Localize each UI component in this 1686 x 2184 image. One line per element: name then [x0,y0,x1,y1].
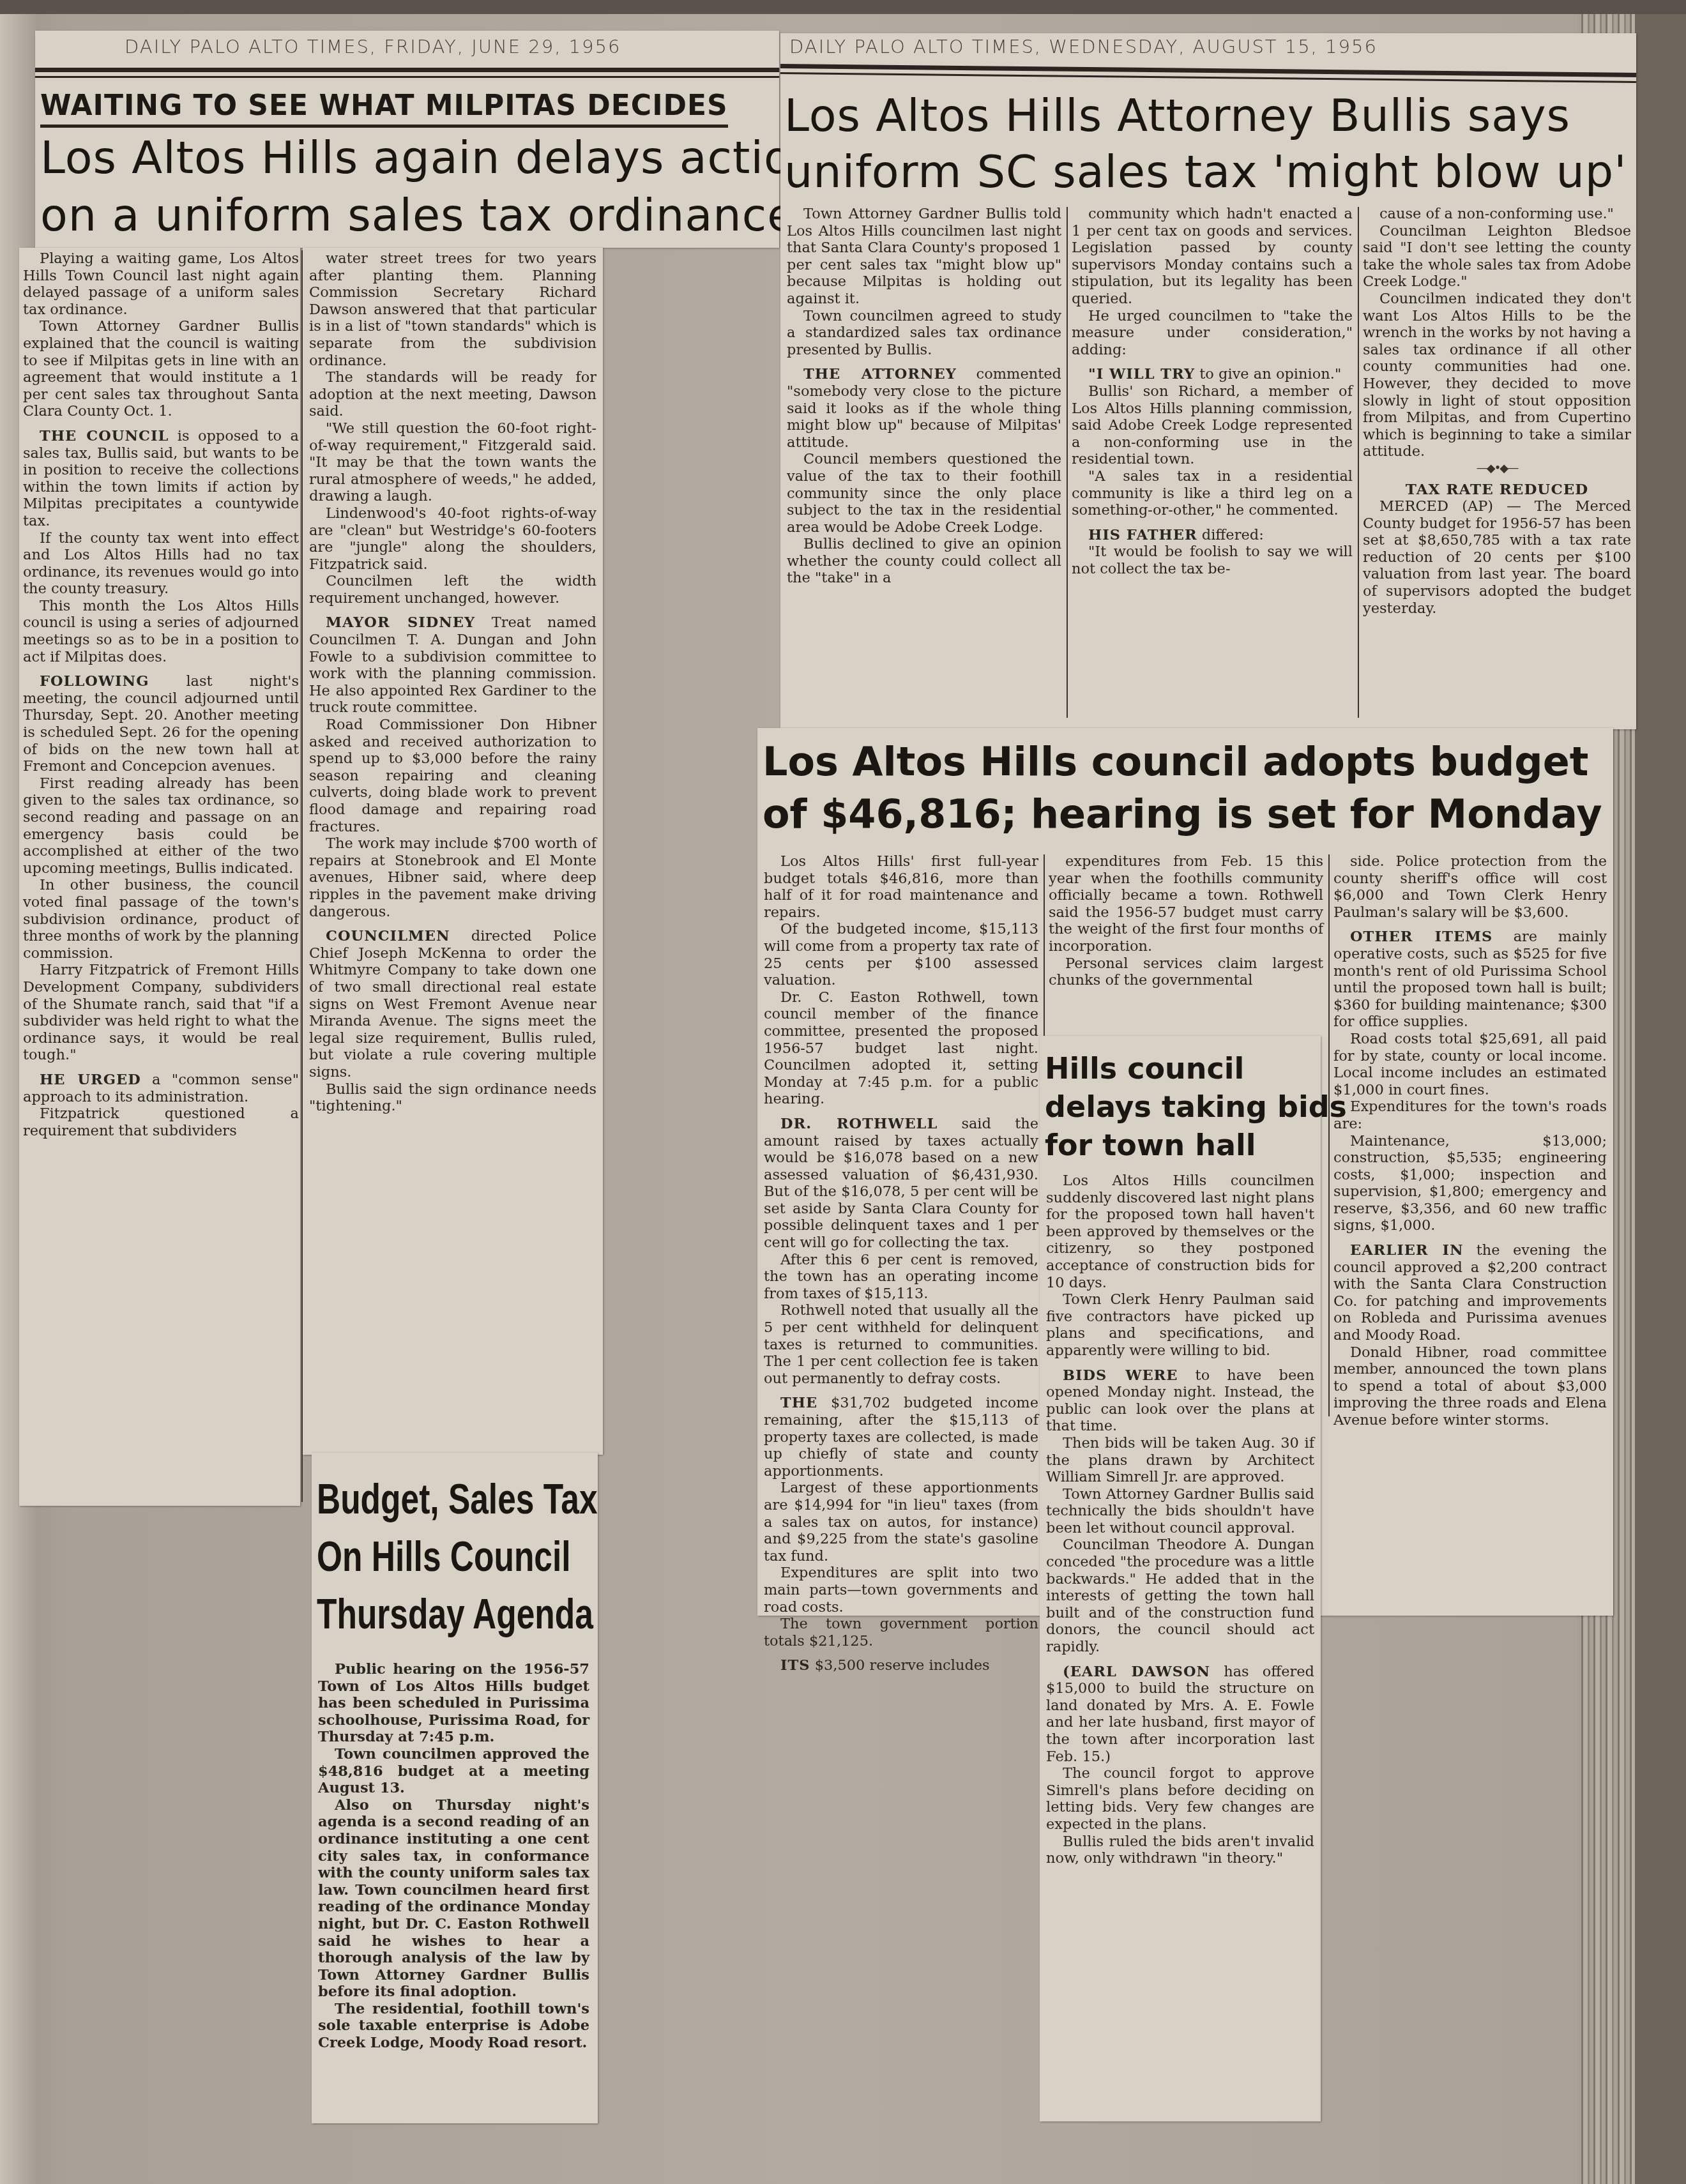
run-in-lead: ITS [780,1657,810,1674]
dateline: DAILY PALO ALTO TIMES, FRIDAY, JUNE 29, … [125,36,621,57]
paragraph: Harry Fitzpatrick of Fremont Hills Devel… [23,962,299,1064]
headline-line1: Los Altos Hills again delays action [40,133,821,183]
paragraph: Town Attorney Gardner Bullis explained t… [23,318,299,420]
paragraph: side. Police protection from the county … [1333,853,1607,921]
paragraph: community which hadn't enacted a 1 per c… [1072,206,1353,308]
paragraph: Of the budgeted income, $15,113 will com… [764,921,1038,989]
clipping-june29-header: DAILY PALO ALTO TIMES, FRIDAY, JUNE 29, … [35,31,779,248]
paragraph: DR. ROTHWELL said the amount raised by t… [764,1116,1038,1252]
paragraph: Council members questioned the value of … [787,451,1061,536]
paragraph: "I WILL TRY to give an opinion." [1072,366,1353,383]
paragraph: cause of a non-conforming use." [1363,206,1631,223]
headline-line3: for town hall [1045,1129,1256,1162]
paragraph: MERCED (AP) — The Merced County budget f… [1363,498,1631,617]
paragraph: Expenditures are split into two main par… [764,1565,1038,1616]
paragraph: water street trees for two years after p… [309,250,596,369]
run-in-lead: FOLLOWING [40,673,149,690]
headline-line2: On Hills Council [317,1528,571,1586]
clipping-bids: Hills council delays taking bids for tow… [1040,1036,1321,2121]
headline-line3: Thursday Agenda [317,1586,593,1643]
paragraph: The standards will be ready for adoption… [309,369,596,420]
run-in-lead: BIDS WERE [1063,1367,1178,1384]
headline-line1: Los Altos Hills Attorney Bullis says [784,91,1570,140]
run-in-lead: EARLIER IN [1350,1242,1464,1259]
paragraph: Town councilmen agreed to study a standa… [787,308,1061,359]
headline-line1: Hills council [1045,1052,1244,1086]
paragraph: Town Clerk Henry Paulman said five contr… [1046,1291,1314,1359]
paragraph: BIDS WERE to have been opened Monday nig… [1046,1367,1314,1435]
run-in-lead: HE URGED [40,1072,141,1088]
paragraph: Public hearing on the 1956-57 Town of Lo… [318,1661,589,1746]
paragraph: Bullis said the sign ordinance needs "ti… [309,1081,596,1115]
paragraph: Rothwell noted that usually all the 5 pe… [764,1302,1038,1387]
column-rule [1358,207,1359,718]
masthead-rule [35,68,779,78]
column-rule [1328,854,1330,1416]
paragraph: Bullis' son Richard, a member of Los Alt… [1072,383,1353,468]
paragraph: The council forgot to approve Simrell's … [1046,1765,1314,1833]
paragraph: Lindenwood's 40-foot rights-of-way are "… [309,505,596,573]
article-column: Los Altos Hills' first full-year budget … [764,853,1038,1674]
paragraph: The residential, foothill town's sole ta… [318,2001,589,2052]
run-in-lead: MAYOR SIDNEY [326,614,475,631]
paragraph: expenditures from Feb. 15 this year when… [1049,853,1323,955]
headline-line2: uniform SC sales tax 'might blow up' [784,147,1627,197]
masthead-rule [780,64,1636,83]
dateline: DAILY PALO ALTO TIMES, WEDNESDAY, AUGUST… [789,36,1378,57]
paragraph: Road costs total $25,691, all paid for b… [1333,1031,1607,1098]
paragraph: THE COUNCIL is opposed to a sales tax, B… [23,428,299,530]
paragraph: Then bids will be taken Aug. 30 if the p… [1046,1435,1314,1486]
article-column: expenditures from Feb. 15 this year when… [1049,853,1323,989]
clipping-aug15: DAILY PALO ALTO TIMES, WEDNESDAY, AUGUST… [780,33,1636,729]
paragraph: Maintenance, $13,000; construction, $5,5… [1333,1133,1607,1235]
paragraph: Los Altos Hills councilmen suddenly disc… [1046,1172,1314,1291]
headline-line2: on a uniform sales tax ordinance [40,190,795,240]
article-column: side. Police protection from the county … [1333,853,1607,1429]
paragraph: After this 6 per cent is removed, the to… [764,1252,1038,1303]
column-rule [1067,207,1068,718]
paragraph: Town councilmen approved the $48,816 bud… [318,1746,589,1797]
paragraph: Playing a waiting game, Los Altos Hills … [23,250,299,318]
run-in-lead: OTHER ITEMS [1350,929,1492,945]
paragraph: HIS FATHER differed: [1072,527,1353,544]
paragraph: Town Attorney Gardner Bullis told Los Al… [787,206,1061,308]
headline-line2: of $46,816; hearing is set for Monday [763,792,1602,836]
article-column: water street trees for two years after p… [309,250,596,1115]
article-column: Playing a waiting game, Los Altos Hills … [23,250,299,1139]
paragraph: Dr. C. Easton Rothwell, town council mem… [764,989,1038,1108]
headline-line1: Budget, Sales Tax [317,1471,598,1528]
paragraph: (EARL DAWSON has offered $15,000 to buil… [1046,1664,1314,1766]
paragraph: Bullis ruled the bids aren't invalid now… [1046,1833,1314,1867]
headline-line2: delays taking bids [1045,1091,1347,1124]
paragraph: Fitzpatrick questioned a requirement tha… [23,1105,299,1139]
paragraph: Councilman Theodore A. Dungan conceded "… [1046,1536,1314,1655]
run-in-lead: DR. ROTHWELL [780,1116,938,1132]
headline-line1: Los Altos Hills council adopts budget [763,739,1588,784]
paragraph: Road Commissioner Don Hibner asked and r… [309,717,596,835]
paragraph: The town government portion totals $21,1… [764,1616,1038,1649]
top-shadow [0,0,1686,14]
paragraph: THE ATTORNEY commented "somebody very cl… [787,366,1061,451]
paragraph: Councilman Leighton Bledsoe said "I don'… [1363,223,1631,291]
paragraph: First reading already has been given to … [23,775,299,877]
paragraph: THE $31,702 budgeted income remaining, a… [764,1395,1038,1480]
run-in-lead: (EARL DAWSON [1063,1664,1210,1680]
paragraph: EARLIER IN the evening the council appro… [1333,1242,1607,1344]
paragraph: This month the Los Altos Hills council i… [23,598,299,665]
run-in-lead: "I WILL TRY [1088,366,1195,383]
paragraph: HE URGED a "common sense" approach to it… [23,1072,299,1105]
paragraph: "It would be foolish to say we will not … [1072,543,1353,577]
run-in-lead: THE [780,1395,817,1411]
paragraph: In other business, the council voted fin… [23,877,299,962]
paragraph: Also on Thursday night's agenda is a sec… [318,1797,589,2001]
run-in-lead: THE COUNCIL [40,428,169,444]
paragraph: "A sales tax in a residential community … [1072,468,1353,519]
column-rule [301,250,303,1502]
paragraph: MAYOR SIDNEY Treat named Councilmen T. A… [309,614,596,717]
article-body: Los Altos Hills councilmen suddenly disc… [1046,1172,1314,1867]
paragraph: COUNCILMEN directed Police Chief Joseph … [309,928,596,1081]
paragraph: Town Attorney Gardner Bullis said techni… [1046,1486,1314,1537]
kicker: WAITING TO SEE WHAT MILPITAS DECIDES [40,89,728,128]
article-column: Town Attorney Gardner Bullis told Los Al… [787,206,1061,587]
paragraph: "We still question the 60-foot right-of-… [309,420,596,505]
ornament-separator: —◆•◆— [1363,460,1631,478]
paragraph: Largest of these apportionments are $14,… [764,1480,1038,1565]
paragraph: Councilmen indicated they don't want Los… [1363,291,1631,460]
paragraph: ITS $3,500 reserve includes [764,1657,1038,1674]
paragraph: The work may include $700 worth of repai… [309,835,596,920]
paragraph: If the county tax went into effect and L… [23,530,299,598]
article-body: Public hearing on the 1956-57 Town of Lo… [318,1661,589,2052]
paragraph: He urged councilmen to "take the measure… [1072,308,1353,359]
subhead: TAX RATE REDUCED [1363,482,1631,499]
paragraph: Councilmen left the width requirement un… [309,573,596,607]
paragraph: Personal services claim largest chunks o… [1049,955,1323,989]
paragraph: Donald Hibner, road committee member, an… [1333,1344,1607,1429]
run-in-lead: COUNCILMEN [326,928,450,944]
run-in-lead: THE ATTORNEY [803,366,957,383]
article-column: cause of a non-conforming use."Councilma… [1363,206,1631,617]
paragraph: OTHER ITEMS are mainly operative costs, … [1333,929,1607,1031]
paragraph: Expenditures for the town's roads are: [1333,1098,1607,1132]
paragraph: Bullis declined to give an opinion wheth… [787,536,1061,587]
clipping-thursday: Budget, Sales Tax On Hills Council Thurs… [312,1453,598,2123]
run-in-lead: HIS FATHER [1088,527,1197,543]
article-column: community which hadn't enacted a 1 per c… [1072,206,1353,577]
paragraph: FOLLOWING last night's meeting, the coun… [23,673,299,775]
paragraph: Los Altos Hills' first full-year budget … [764,853,1038,921]
